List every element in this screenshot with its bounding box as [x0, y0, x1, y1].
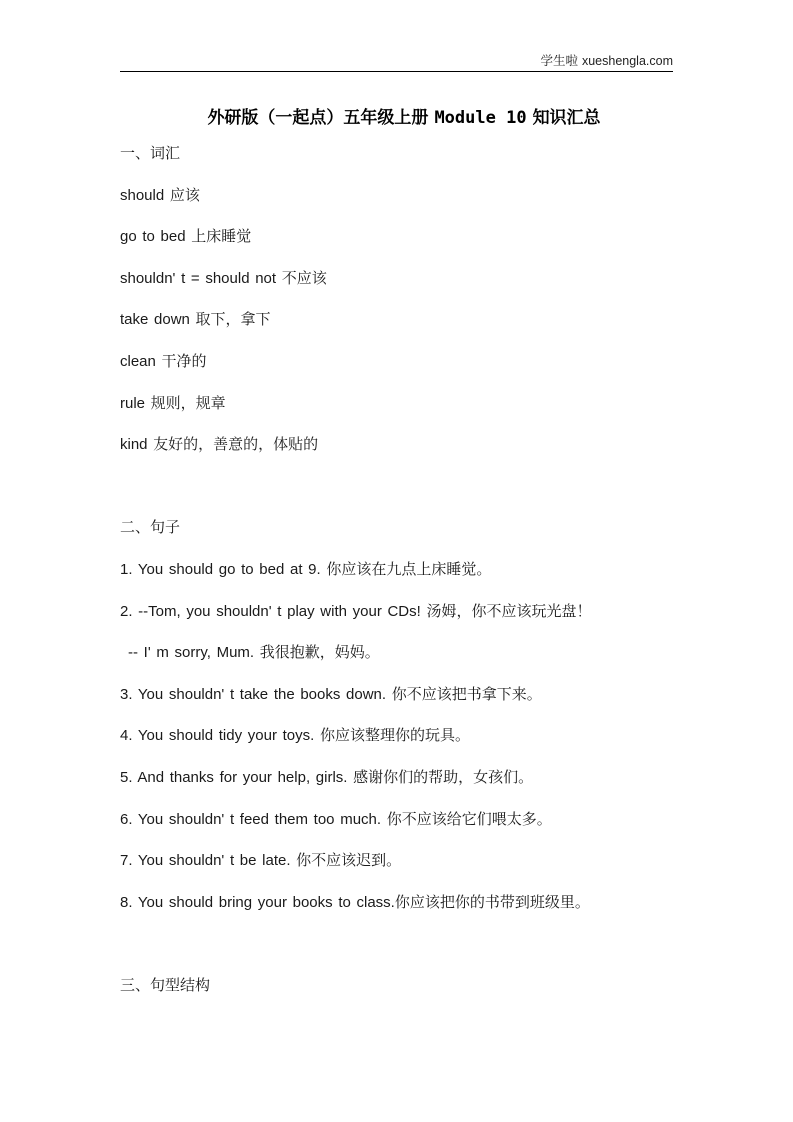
section-heading-sentences: 二、句子	[120, 507, 693, 549]
sentence-item: 3. You shouldn' t take the books down. 你…	[120, 674, 693, 716]
vocab-item: go to bed 上床睡觉	[120, 216, 693, 258]
header-rule	[120, 71, 673, 72]
section-heading-vocab: 一、词汇	[120, 133, 693, 175]
title-module: Module 10	[434, 108, 526, 128]
vocab-item: take down 取下，拿下	[120, 299, 693, 341]
blank-line	[120, 466, 693, 508]
vocab-item: rule 规则，规章	[120, 383, 693, 425]
sentence-item: 6. You shouldn' t feed them too much. 你不…	[120, 799, 693, 841]
vocab-item: kind 友好的，善意的，体贴的	[120, 424, 693, 466]
document-body: 一、词汇 should 应该 go to bed 上床睡觉 shouldn' t…	[120, 133, 693, 1006]
document-page: 学生啦xueshengla.com 外研版（一起点）五年级上册Module 10…	[0, 0, 793, 1122]
title-cn-right: 知识汇总	[533, 108, 601, 127]
site-name: 学生啦	[540, 54, 578, 68]
sentence-item: 7. You shouldn' t be late. 你不应该迟到。	[120, 840, 693, 882]
page-header: 学生啦xueshengla.com	[120, 51, 673, 69]
sentence-item: 4. You should tidy your toys. 你应该整理你的玩具。	[120, 715, 693, 757]
vocab-item: clean 干净的	[120, 341, 693, 383]
sentence-item: 1. You should go to bed at 9. 你应该在九点上床睡觉…	[120, 549, 693, 591]
title-cn-left: 外研版（一起点）五年级上册	[207, 108, 428, 127]
site-domain: xueshengla.com	[582, 54, 673, 68]
sentence-item: 5. And thanks for your help, girls. 感谢你们…	[120, 757, 693, 799]
sentence-item: 8. You should bring your books to class.…	[120, 882, 693, 924]
sentence-item: 2. --Tom, you shouldn' t play with your …	[120, 591, 693, 633]
section-heading-patterns: 三、句型结构	[120, 965, 693, 1007]
vocab-item: should 应该	[120, 175, 693, 217]
vocab-item: shouldn' t = should not 不应该	[120, 258, 693, 300]
blank-line	[120, 923, 693, 965]
sentence-item-reply: -- I' m sorry, Mum. 我很抱歉，妈妈。	[120, 632, 693, 674]
